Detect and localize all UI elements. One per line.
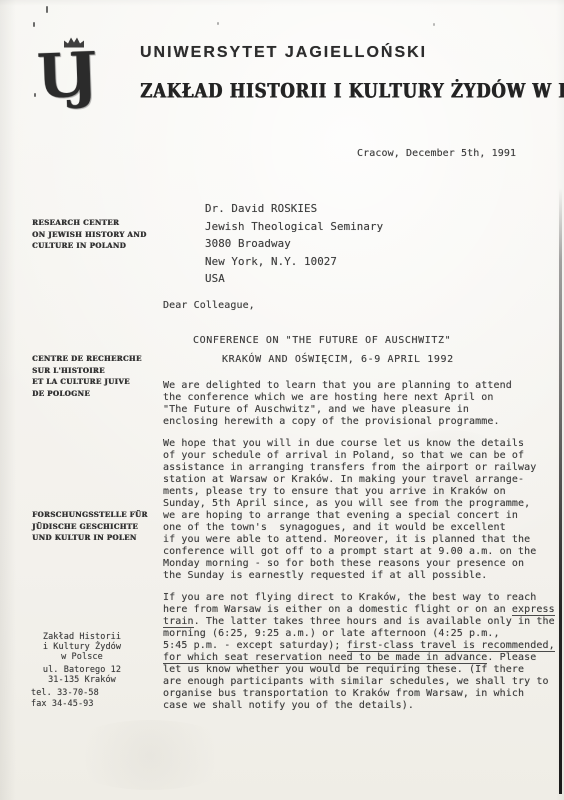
letter-body: We are delighted to learn that you are p… <box>163 380 564 722</box>
department-name: ZAKŁAD HISTORII I KULTURY ŻYDÓW W POLSCE <box>140 80 564 102</box>
margin-note-german: FORSCHUNGSSTELLE FÜR JÜDISCHE GESCHICHTE… <box>32 509 147 544</box>
scan-blotch <box>380 430 520 520</box>
paragraph-1: We are delighted to learn that you are p… <box>163 380 564 428</box>
sender-street: ul. Batorego 12 31-135 Kraków <box>22 665 142 685</box>
sender-telephone: tel. 33-70-58 <box>22 688 142 698</box>
sender-address-block: Zakład Historii i Kultury Żydów w Polsce… <box>22 632 142 709</box>
subject-heading: CONFERENCE ON "THE FUTURE OF AUSCHWITZ" … <box>163 331 564 369</box>
scanned-letter-page: UJ UNIWERSYTET JAGIELLOŃSKI ZAKŁAD HISTO… <box>0 0 564 800</box>
margin-note-english: RESEARCH CENTER ON JEWISH HISTORY AND CU… <box>32 217 147 252</box>
university-name: UNIWERSYTET JAGIELLOŃSKI <box>140 44 427 62</box>
scan-speck <box>33 22 35 27</box>
recipient-address: Dr. David ROSKIES Jewish Theological Sem… <box>205 200 383 288</box>
subject-line-2: KRAKÓW AND OŚWIĘCIM, 6-9 APRIL 1992 <box>222 350 564 369</box>
paragraph-3: If you are not flying direct to Kraków, … <box>163 592 564 712</box>
scan-speck <box>433 23 435 26</box>
uj-monogram: UJ <box>36 44 81 106</box>
margin-note-french: CENTRE DE RECHERCHE SUR L'HISTOIRE ET LA… <box>32 353 147 399</box>
dateline: Cracow, December 5th, 1991 <box>357 148 516 159</box>
scan-speck <box>217 22 219 25</box>
scan-edge-line <box>559 188 562 794</box>
scan-speck <box>34 93 36 97</box>
sender-name: Zakład Historii i Kultury Żydów w Polsce <box>22 632 142 662</box>
salutation: Dear Colleague, <box>163 300 255 311</box>
university-logo: UJ <box>34 36 122 142</box>
subject-line-1: CONFERENCE ON "THE FUTURE OF AUSCHWITZ" <box>193 331 564 350</box>
scan-blotch <box>60 720 240 790</box>
sender-fax: fax 34-45-93 <box>22 699 142 709</box>
scan-speck <box>46 6 48 13</box>
